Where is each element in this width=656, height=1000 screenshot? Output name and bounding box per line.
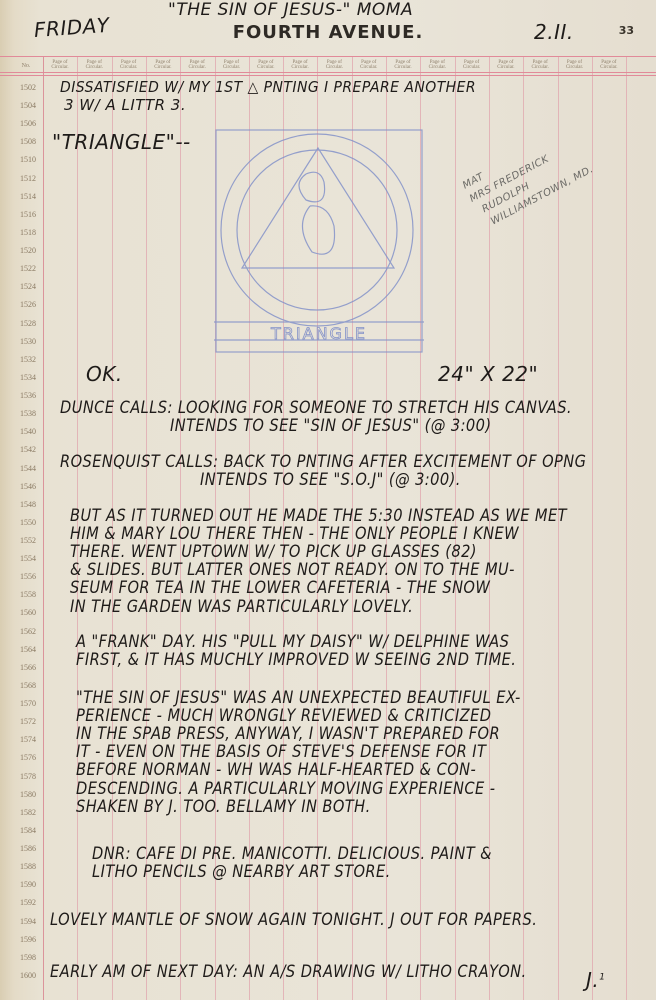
row-number: 1542 xyxy=(14,445,42,454)
row-number: 1528 xyxy=(14,319,42,328)
column-header: Page ofCircular. xyxy=(180,60,214,70)
handwritten-subject: "THE SIN OF JESUS-" MOMA xyxy=(168,0,413,20)
journal-line: THERE. WENT UPTOWN W/ TO PICK UP GLASSES… xyxy=(70,542,477,562)
column-header: Page ofCircular. xyxy=(455,60,489,70)
row-number: 1552 xyxy=(14,536,42,545)
row-number: 1512 xyxy=(14,174,42,183)
journal-line: FIRST, & IT HAS MUCHLY IMPROVED W SEEING… xyxy=(76,650,516,670)
column-header: Page ofCircular. xyxy=(283,60,317,70)
journal-line: IN THE GARDEN WAS PARTICULARLY LOVELY. xyxy=(70,597,413,617)
column-rule xyxy=(43,56,44,1000)
journal-line: INTENDS TO SEE "S.O.J" (@ 3:00). xyxy=(200,470,461,490)
row-number: 1524 xyxy=(14,282,42,291)
journal-line: ROSENQUIST CALLS: BACK TO PNTING AFTER E… xyxy=(60,452,586,472)
journal-line: "THE SIN OF JESUS" WAS AN UNEXPECTED BEA… xyxy=(76,688,521,708)
row-number: 1516 xyxy=(14,210,42,219)
column-rule xyxy=(626,56,627,1000)
sketch-dimensions: 24" X 22" xyxy=(438,362,538,386)
journal-line: DUNCE CALLS: LOOKING FOR SOMEONE TO STRE… xyxy=(60,398,572,418)
column-header: Page ofCircular. xyxy=(386,60,420,70)
journal-line: DESCENDING. A PARTICULARLY MOVING EXPERI… xyxy=(76,779,495,799)
column-header: Page ofCircular. xyxy=(112,60,146,70)
journal-line: PERIENCE - MUCH WRONGLY REVIEWED & CRITI… xyxy=(76,706,491,726)
row-number: 1526 xyxy=(14,300,42,309)
row-number: 1506 xyxy=(14,119,42,128)
column-header: Page ofCircular. xyxy=(489,60,523,70)
row-number: 1502 xyxy=(14,83,42,92)
row-number: 1582 xyxy=(14,808,42,817)
sketch-caption: TRIANGLE xyxy=(270,324,367,343)
pencil-note: MAT MRS FREDERICK RUDOLPH WILLIAMSTOWN, … xyxy=(460,123,596,233)
entry-line-1: DISSATISFIED W/ MY 1ST △ PNTING I PREPAR… xyxy=(60,78,476,96)
row-number: 1544 xyxy=(14,464,42,473)
row-number: 1588 xyxy=(14,862,42,871)
row-number: 1546 xyxy=(14,482,42,491)
journal-line: LITHO PENCILS @ NEARBY ART STORE. xyxy=(92,862,391,882)
row-number: 1580 xyxy=(14,790,42,799)
journal-line: HIM & MARY LOU THERE THEN - THE ONLY PEO… xyxy=(70,524,519,544)
header-rule xyxy=(0,72,656,73)
initials-text: J. xyxy=(586,968,599,992)
row-number: 1504 xyxy=(14,101,42,110)
column-rule xyxy=(558,56,559,1000)
column-header: Page ofCircular. xyxy=(317,60,351,70)
row-number: 1586 xyxy=(14,844,42,853)
column-header: Page ofCircular. xyxy=(77,60,111,70)
column-header: Page ofCircular. xyxy=(215,60,249,70)
row-number: 1530 xyxy=(14,337,42,346)
journal-line: INTENDS TO SEE "SIN OF JESUS" (@ 3:00) xyxy=(170,416,492,436)
row-number: 1522 xyxy=(14,264,42,273)
header-rule xyxy=(0,75,656,76)
row-number: 1556 xyxy=(14,572,42,581)
row-number: 1510 xyxy=(14,155,42,164)
journal-line: EARLY AM OF NEXT DAY: AN A/S DRAWING W/ … xyxy=(50,962,527,982)
row-number: 1562 xyxy=(14,627,42,636)
entry-line-3: "TRIANGLE"-- xyxy=(52,130,191,154)
column-header: Page ofCircular. xyxy=(420,60,454,70)
column-header: Page ofCircular. xyxy=(558,60,592,70)
page-number: 33 xyxy=(619,24,634,37)
row-number: 1518 xyxy=(14,228,42,237)
number-column-header: No. xyxy=(9,64,43,69)
column-rule xyxy=(592,56,593,1000)
journal-line: & SLIDES. BUT LATTER ONES NOT READY. ON … xyxy=(70,560,515,580)
row-number: 1508 xyxy=(14,137,42,146)
row-number: 1534 xyxy=(14,373,42,382)
column-header: Page ofCircular. xyxy=(592,60,626,70)
row-number: 1572 xyxy=(14,717,42,726)
journal-line: A "FRANK" DAY. HIS "PULL MY DAISY" W/ DE… xyxy=(76,632,509,652)
row-number: 1558 xyxy=(14,590,42,599)
row-number: 1564 xyxy=(14,645,42,654)
row-number: 1532 xyxy=(14,355,42,364)
handwritten-date: 2.II. xyxy=(534,20,574,44)
row-number: 1568 xyxy=(14,681,42,690)
row-number: 1566 xyxy=(14,663,42,672)
column-header: Page ofCircular. xyxy=(249,60,283,70)
row-number: 1590 xyxy=(14,880,42,889)
journal-line: LOVELY MANTLE OF SNOW AGAIN TONIGHT. J O… xyxy=(50,910,537,930)
row-number: 1574 xyxy=(14,735,42,744)
sketch-ok: OK. xyxy=(86,362,123,386)
column-header: Page ofCircular. xyxy=(523,60,557,70)
row-number: 1548 xyxy=(14,500,42,509)
row-number: 1584 xyxy=(14,826,42,835)
entry-line-2: 3 W/ A LITTR 3. xyxy=(64,96,186,114)
initials-superscript: 1 xyxy=(599,972,605,982)
triangle-sketch: TRIANGLE xyxy=(214,126,426,358)
journal-line: SEUM FOR TEA IN THE LOWER CAFETERIA - TH… xyxy=(70,578,490,598)
row-number: 1570 xyxy=(14,699,42,708)
row-number: 1520 xyxy=(14,246,42,255)
column-header: Page ofCircular. xyxy=(43,60,77,70)
row-number: 1550 xyxy=(14,518,42,527)
row-number: 1538 xyxy=(14,409,42,418)
row-number: 1594 xyxy=(14,917,42,926)
row-number: 1514 xyxy=(14,192,42,201)
row-number: 1596 xyxy=(14,935,42,944)
journal-line: SHAKEN BY J. TOO. BELLAMY IN BOTH. xyxy=(76,797,371,817)
column-header: Page ofCircular. xyxy=(352,60,386,70)
row-number: 1536 xyxy=(14,391,42,400)
journal-line: IT - EVEN ON THE BASIS OF STEVE'S DEFENS… xyxy=(76,742,486,762)
row-number: 1576 xyxy=(14,753,42,762)
initials: J.1 xyxy=(586,968,606,992)
row-number: 1540 xyxy=(14,427,42,436)
row-number: 1578 xyxy=(14,772,42,781)
ledger-page: Page ofCircular.Page ofCircular.Page ofC… xyxy=(0,0,656,1000)
row-number: 1598 xyxy=(14,953,42,962)
row-number: 1554 xyxy=(14,554,42,563)
header-rule xyxy=(0,56,656,57)
journal-line: IN THE SPAB PRESS, ANYWAY, I WASN'T PREP… xyxy=(76,724,500,744)
row-number: 1560 xyxy=(14,608,42,617)
journal-line: DNR: CAFE DI PRE. MANICOTTI. DELICIOUS. … xyxy=(92,844,492,864)
journal-line: BUT AS IT TURNED OUT HE MADE THE 5:30 IN… xyxy=(70,506,567,526)
column-header: Page ofCircular. xyxy=(146,60,180,70)
journal-line: BEFORE NORMAN - WH WAS HALF-HEARTED & CO… xyxy=(76,760,476,780)
row-number: 1592 xyxy=(14,898,42,907)
row-number: 1600 xyxy=(14,971,42,980)
